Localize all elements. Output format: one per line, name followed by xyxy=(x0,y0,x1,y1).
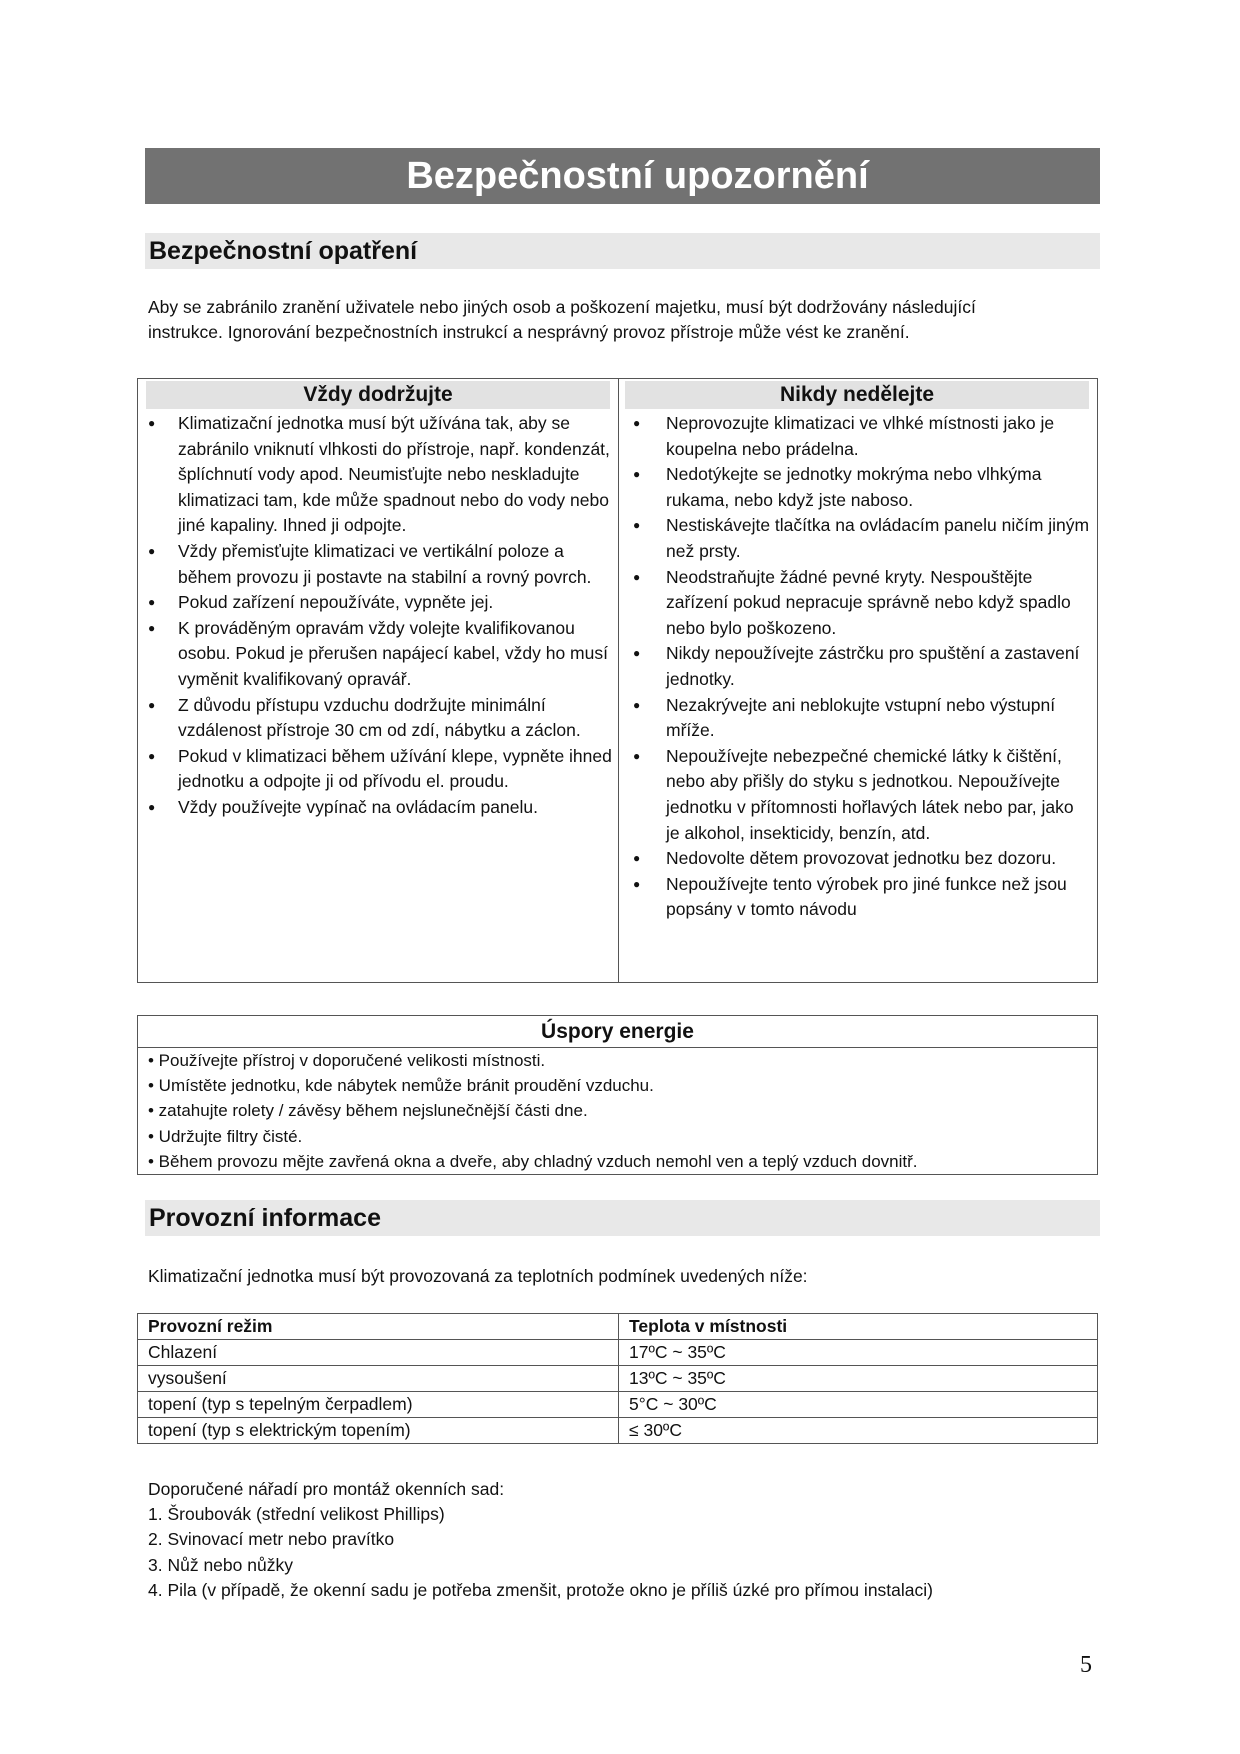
list-item: • Během provozu mějte zavřená okna a dve… xyxy=(148,1149,1097,1174)
header-temperature: Teplota v místnosti xyxy=(619,1314,1098,1340)
never-column: Nikdy nedělejte Neprovozujte klimatizaci… xyxy=(619,379,1097,982)
energy-saving-box: Úspory energie • Používejte přístroj v d… xyxy=(137,1015,1098,1175)
list-item: Nedotýkejte se jednotky mokrýma nebo vlh… xyxy=(619,462,1097,513)
temperature-cell: 5°C ~ 30ºC xyxy=(619,1392,1098,1418)
list-item: Nikdy nepoužívejte zástrčku pro spuštění… xyxy=(619,641,1097,692)
list-item: Klimatizační jednotka musí být užívána t… xyxy=(138,411,618,539)
mode-cell: topení (typ s elektrickým topením) xyxy=(138,1418,619,1444)
list-item: Nestiskávejte tlačítka na ovládacím pane… xyxy=(619,513,1097,564)
temperature-cell: ≤ 30ºC xyxy=(619,1418,1098,1444)
always-column: Vždy dodržujte Klimatizační jednotka mus… xyxy=(138,379,619,982)
temperature-cell: 13ºC ~ 35ºC xyxy=(619,1366,1098,1392)
intro-line: instrukce. Ignorování bezpečnostních ins… xyxy=(148,320,1098,345)
page-number: 5 xyxy=(1080,1652,1092,1679)
safety-intro: Aby se zabránilo zranění uživatele nebo … xyxy=(148,295,1098,345)
page-title: Bezpečnostní upozornění xyxy=(145,148,1100,204)
list-item: Vždy používejte vypínač na ovládacím pan… xyxy=(138,795,618,821)
list-item: • zatahujte rolety / závěsy během nejslu… xyxy=(148,1098,1097,1123)
operating-conditions-table: Provozní režim Teplota v místnosti Chlaz… xyxy=(137,1313,1098,1444)
energy-heading: Úspory energie xyxy=(138,1016,1097,1048)
tool-item: 4. Pila (v případě, že okenní sadu je po… xyxy=(148,1578,933,1603)
tools-intro: Doporučené nářadí pro montáž okenních sa… xyxy=(148,1477,933,1502)
list-item: K prováděným opravám vždy volejte kvalif… xyxy=(138,616,618,693)
list-item: • Umístěte jednotku, kde nábytek nemůže … xyxy=(148,1073,1097,1098)
list-item: Vždy přemisťujte klimatizaci ve vertikál… xyxy=(138,539,618,590)
intro-line: Aby se zabránilo zranění uživatele nebo … xyxy=(148,295,1098,320)
table-row: topení (typ s elektrickým topením)≤ 30ºC xyxy=(138,1418,1098,1444)
energy-list: • Používejte přístroj v doporučené velik… xyxy=(138,1048,1097,1174)
list-item: • Používejte přístroj v doporučené velik… xyxy=(148,1048,1097,1073)
list-item: Pokud v klimatizaci během užívání klepe,… xyxy=(138,744,618,795)
list-item: Neprovozujte klimatizaci ve vlhké místno… xyxy=(619,411,1097,462)
mode-cell: topení (typ s tepelným čerpadlem) xyxy=(138,1392,619,1418)
never-heading: Nikdy nedělejte xyxy=(625,381,1089,409)
section-heading-operating-info: Provozní informace xyxy=(145,1200,1100,1236)
table-header-row: Provozní režim Teplota v místnosti xyxy=(138,1314,1098,1340)
table-row: topení (typ s tepelným čerpadlem)5°C ~ 3… xyxy=(138,1392,1098,1418)
tools-list: Doporučené nářadí pro montáž okenních sa… xyxy=(148,1477,933,1603)
tool-item: 2. Svinovací metr nebo pravítko xyxy=(148,1527,933,1552)
always-list: Klimatizační jednotka musí být užívána t… xyxy=(138,411,618,821)
list-item: • Udržujte filtry čisté. xyxy=(148,1124,1097,1149)
do-dont-box: Vždy dodržujte Klimatizační jednotka mus… xyxy=(137,378,1098,983)
temperature-cell: 17ºC ~ 35ºC xyxy=(619,1340,1098,1366)
list-item: Nedovolte dětem provozovat jednotku bez … xyxy=(619,846,1097,872)
table-row: Chlazení17ºC ~ 35ºC xyxy=(138,1340,1098,1366)
tool-item: 1. Šroubovák (střední velikost Phillips) xyxy=(148,1502,933,1527)
list-item: Nepoužívejte nebezpečné chemické látky k… xyxy=(619,744,1097,846)
list-item: Nepoužívejte tento výrobek pro jiné funk… xyxy=(619,872,1097,923)
list-item: Neodstraňujte žádné pevné kryty. Nespouš… xyxy=(619,565,1097,642)
list-item: Z důvodu přístupu vzduchu dodržujte mini… xyxy=(138,693,618,744)
tool-item: 3. Nůž nebo nůžky xyxy=(148,1553,933,1578)
header-mode: Provozní režim xyxy=(138,1314,619,1340)
section-heading-safety-precautions: Bezpečnostní opatření xyxy=(145,233,1100,269)
operating-intro: Klimatizační jednotka musí být provozova… xyxy=(148,1264,1098,1289)
always-heading: Vždy dodržujte xyxy=(146,381,610,409)
mode-cell: Chlazení xyxy=(138,1340,619,1366)
list-item: Pokud zařízení nepoužíváte, vypněte jej. xyxy=(138,590,618,616)
list-item: Nezakrývejte ani neblokujte vstupní nebo… xyxy=(619,693,1097,744)
never-list: Neprovozujte klimatizaci ve vlhké místno… xyxy=(619,411,1097,923)
mode-cell: vysoušení xyxy=(138,1366,619,1392)
table-row: vysoušení13ºC ~ 35ºC xyxy=(138,1366,1098,1392)
